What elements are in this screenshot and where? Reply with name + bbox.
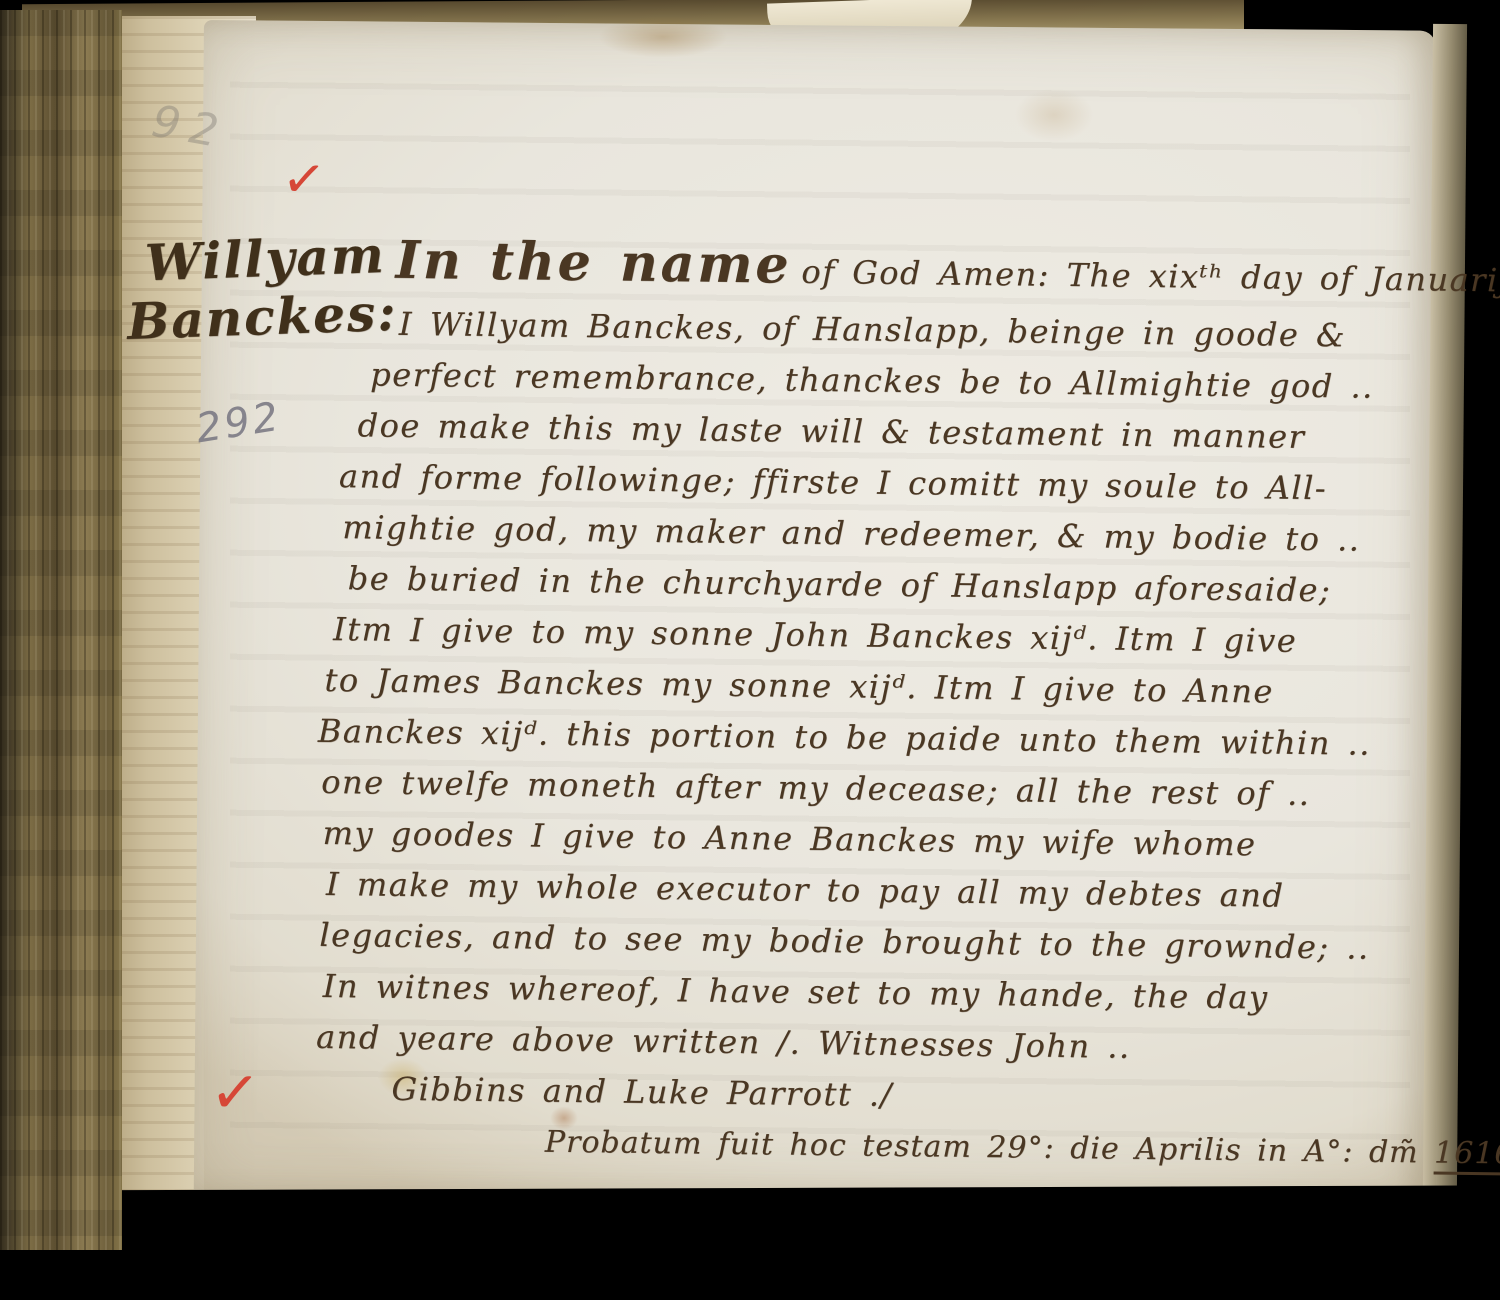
red-check-icon: ✓ [279,148,329,212]
probate-year-underlined: 1616 [1434,1136,1500,1176]
probate-text: Probatum fuit hoc testam 29°: die Aprili… [545,1125,1419,1171]
book-spine-binding [0,10,122,1250]
probate-clause: Probatum fuit hoc testam 29°: die Aprili… [545,1117,1430,1179]
photo-black-border-bottom [0,1185,1500,1300]
red-check-icon: ✓ [208,1056,263,1129]
photograph-of-manuscript: { "document": { "margin_heading": { "lin… [0,0,1500,1300]
will-line-text: of God Amen: The xixᵗʰ day of Januarij 1… [801,253,1500,301]
will-text-block: In the nameof God Amen: The xixᵗʰ day of… [319,234,1440,1178]
opening-invocation-large: In the name [395,230,792,296]
